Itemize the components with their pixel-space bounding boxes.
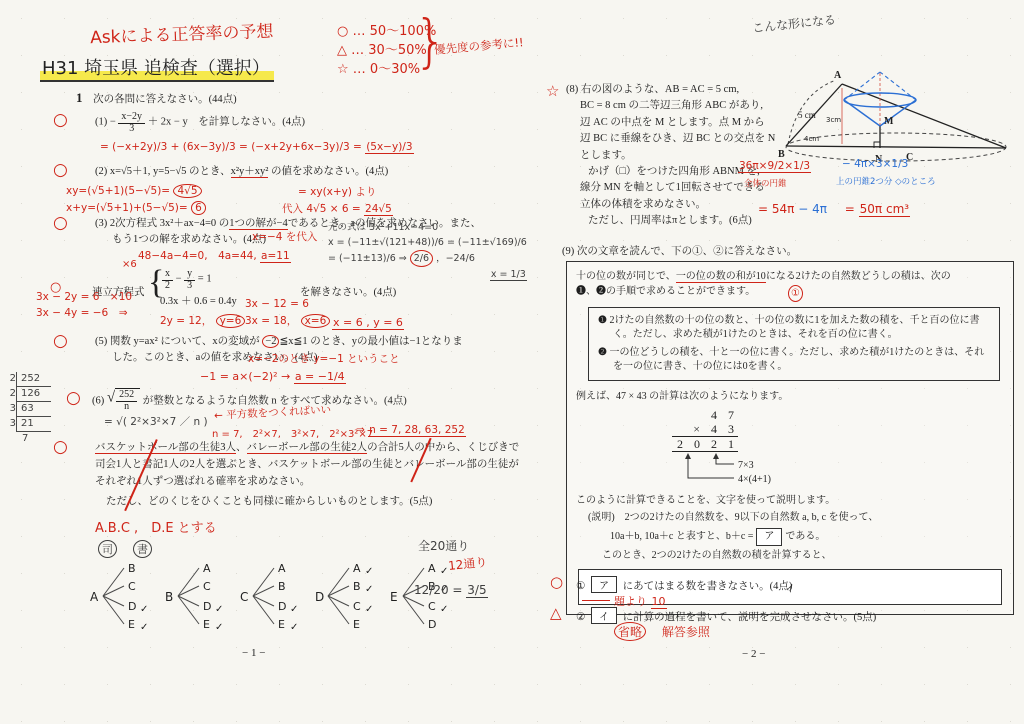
p8-result-minus4pi: − 4π xyxy=(798,202,827,216)
check-mark: ✓ xyxy=(215,604,223,615)
p3-side-line3a: = (−11±13)/6 ⇒ xyxy=(328,253,407,264)
tree-child: C xyxy=(428,600,436,613)
p2-work3: 代入 4√5 × 6 = 24√5 xyxy=(282,201,393,216)
p5-text-a: 関数 y=ax² について、xの変域が xyxy=(110,336,262,347)
cone-side-blue xyxy=(844,100,880,126)
tree-root: D xyxy=(315,590,324,604)
label-3cm-red: 3cm xyxy=(826,116,841,124)
grade-mark-p7: ○ xyxy=(53,437,68,457)
legend-symbol: ☆ xyxy=(337,62,349,77)
tree-child: B xyxy=(278,580,286,593)
tree-child: B xyxy=(128,562,136,575)
check-mark: ✓ xyxy=(140,604,148,615)
p6-division-ladder: 2252 2126 363 321 7 xyxy=(6,372,51,445)
tree-child: D xyxy=(203,600,211,613)
step2-text: 一の位どうしの積を、十と一の位に書く。ただし、求めた積が1けたのときは、それを一… xyxy=(609,347,984,372)
p5-text-c: ≦x≦1 のとき、yの最小値は−1となりま xyxy=(279,336,462,347)
p4-minus: − xyxy=(176,274,182,285)
p8-calc-term2: − 4π×3×1/3 xyxy=(842,158,908,170)
scanned-test-sheet: Askによる正答率の予想 ○ … 50〜100% △ … 30〜50% ☆ … … xyxy=(0,0,1024,724)
problem-1: (1) − x−2y3 ＋ 2x − y を計算しなさい。(4点) xyxy=(95,112,305,134)
check-mark: ✓ xyxy=(290,622,298,632)
p4-frac2: y3 xyxy=(184,269,195,291)
p4-work-mid3: 3x = 18， x=6 xyxy=(245,313,330,328)
check-mark: ✓ xyxy=(365,584,373,595)
mult-line1: 4 7 xyxy=(672,408,738,422)
problem-7-line2: 司会1人と書記1人の2人を選ぶとき、バスケットボール部の生徒とバレーボール部の生… xyxy=(95,456,519,471)
p3-side-line3c: ，−24/6 xyxy=(436,253,475,264)
p4-work-mid3a: 3x = 18， xyxy=(245,315,297,327)
tree-root: E xyxy=(390,590,398,604)
p9-statement-box: 十の位の数が同じで、一の位の数の和が10になる2けたの自然数どうしの積は、次の … xyxy=(566,261,1014,615)
p2-work1-steps: xy=(√5+1)(5−√5)= xyxy=(66,185,170,197)
page2-number: − 2 − xyxy=(742,648,765,660)
tree-child: B xyxy=(353,580,361,593)
p3-side-work: 元の式は 3x²+11x−4=0 x = (−11±√(121+48))/6 =… xyxy=(328,220,527,282)
p5-answer: a = −1/4 xyxy=(294,370,346,384)
p4-work-left2: 3x − 4y = −6 ⇒ xyxy=(36,305,128,320)
grade-mark-q1: ○ xyxy=(550,573,563,591)
ladder-divisor: 2 xyxy=(6,372,16,385)
check-mark: ✓ xyxy=(440,566,448,577)
p5-circled-value: −2 xyxy=(262,335,279,348)
p4-answer-text: x = 6 , y = 6 xyxy=(332,316,404,330)
grade-mark-q2: △ xyxy=(550,604,562,622)
grade-mark-p2: ○ xyxy=(53,160,68,180)
p8-result-54pi: = 54π xyxy=(758,202,794,216)
legend-symbol: △ xyxy=(337,43,347,58)
tree-root: A xyxy=(90,590,99,604)
p4-tail: を解きなさい。(4点) xyxy=(300,284,396,299)
grade-mark-p1: ○ xyxy=(53,110,68,130)
left-page: Askによる正答率の予想 ○ … 50〜100% △ … 30〜50% ☆ … … xyxy=(0,0,512,724)
tree-child: D xyxy=(278,600,286,613)
label-A: A xyxy=(834,70,842,81)
p1-text: ＋ 2x − y を計算しなさい。(4点) xyxy=(148,117,305,128)
rotation-solid-figure: A B C N M 5 cm 3cm 4cm xyxy=(778,26,1020,176)
p4-frac2-num: y xyxy=(184,269,195,281)
p9-setsumei-line2a: 10a＋b, 10a＋c と表すと、b＋c = xyxy=(610,531,753,542)
mult-note-tens: 4×(4+1) xyxy=(738,474,771,485)
problem-5-line1: (5) 関数 y=ax² について、xの変域が −2≦x≦1 のとき、yの最小値… xyxy=(95,333,463,348)
p6-answer-text: n = 7, 28, 63, 252 xyxy=(368,424,466,437)
p2-work2: x+y=(√5+1)+(5−√5)= 6 xyxy=(66,201,206,215)
p8-line: 右の図のような、AB = AC = 5 cm, xyxy=(581,84,739,95)
p9-setsumei-line1: (説明) 2つの2けたの自然数を、9以下の自然数 a, b, c を使って、 xyxy=(576,511,1004,525)
grade-mark-p8: ☆ xyxy=(546,82,559,100)
page-title-text: H31 埼玉県 追検査（選択） xyxy=(40,58,274,82)
p4-y-answer-circled: y=6 xyxy=(216,314,246,328)
p2-work1: xy=(√5+1)(5−√5)= 4√5 xyxy=(66,184,202,198)
p7-comma: 、 xyxy=(236,442,247,453)
tree-root: B xyxy=(165,590,173,604)
q1-number: ① xyxy=(576,581,585,592)
tree-favorable-count: 12通り xyxy=(447,553,488,574)
check-mark: ✓ xyxy=(365,566,373,577)
p8-line: BC = 8 cm の二等辺三角形 ABC があり, xyxy=(580,98,796,114)
tree-child: A xyxy=(278,562,286,575)
check-mark: ✓ xyxy=(290,604,298,615)
q1-box-a: ア xyxy=(591,576,617,593)
page-title: H31 埼玉県 追検査（選択） xyxy=(40,54,274,80)
ladder-divisor: 3 xyxy=(6,402,16,415)
ladder-divisor: 3 xyxy=(6,417,16,430)
p1-frac-num: x−2y xyxy=(118,112,145,124)
tree-child: E xyxy=(203,618,210,631)
p7-text-basketball: バスケットボール部の生徒3人 xyxy=(95,442,236,454)
ladder-number: 21 xyxy=(16,417,51,432)
p6-rad-den: n xyxy=(116,402,137,413)
procedure-step-1: ❶ 2けたの自然数の十の位の数と、十の位の数に1を加えた数の積を、千と百の位に書… xyxy=(598,314,990,342)
p6-arrow: ⇒ xyxy=(356,424,365,436)
mult-result: 2 0 2 1 xyxy=(672,437,738,452)
grade-mark-p3: ○ xyxy=(53,213,68,233)
p2-text-a: x=√5＋1, y=5−√5 のとき、 xyxy=(110,166,231,177)
mult-arrows: 7×3 4×(4+1) xyxy=(672,452,852,490)
p3-side-circled: 2/6 xyxy=(410,250,433,267)
p1-label: (1) xyxy=(95,117,107,128)
step1-text: 2けたの自然数の十の位の数と、十の位の数に1を加えた数の積を、千と百の位に書く。… xyxy=(609,315,979,340)
p6-work1: = √( 2²×3²×7 ／ n ) xyxy=(104,414,208,429)
tree-probability-fraction: 12/20 = xyxy=(414,583,462,597)
ladder-divisor: 2 xyxy=(6,387,16,400)
p9-example-intro: 例えば、47 × 43 の計算は次のようになります。 xyxy=(576,390,1004,404)
q2-answer-note: 省略 解答参照 xyxy=(614,622,710,641)
tree-child: A xyxy=(428,562,436,575)
tree-child: D xyxy=(128,600,136,613)
mult-line2: × 4 3 xyxy=(672,422,738,437)
problem-7-line1: バスケットボール部の生徒3人、バレーボール部の生徒2人の合計5人の中から、くじび… xyxy=(95,439,519,454)
annotation-circle-1: ① xyxy=(788,285,803,302)
check-mark: ✓ xyxy=(440,604,448,615)
tree-child: A xyxy=(353,562,361,575)
blank-box-a: ア xyxy=(756,528,782,546)
q1-text: にあてはまる数を書きなさい。(4点) xyxy=(623,581,793,592)
tree-diagram-B: B A C D E ✓ ✓ xyxy=(165,556,235,632)
check-mark: ✓ xyxy=(140,622,148,632)
p4-frac1: x2 xyxy=(162,269,173,291)
p9-setsumei-line2: 10a＋b, 10a＋c と表すと、b＋c =アである。 xyxy=(576,528,1004,546)
p2-work2-steps: x+y=(√5+1)+(5−√5)= xyxy=(66,202,188,214)
p2-label: (2) xyxy=(95,166,107,177)
p7-text-rest: の合計5人の中から、くじびきで xyxy=(367,442,519,453)
check-mark: ✓ xyxy=(215,622,223,632)
p8-line: 辺 AC の中点を M とします。点 M から xyxy=(580,115,796,131)
p9-box-text: 十の位の数が同じで、 xyxy=(576,271,676,282)
tree-child: E xyxy=(353,618,360,631)
p8-calc-label1: 全体の円錐 xyxy=(744,177,787,189)
tree-child: D xyxy=(428,618,436,631)
p4-frac2-den: 3 xyxy=(184,281,195,292)
p3-answer-a: a=11 xyxy=(260,250,291,263)
q2-note-see-answer: 解答参照 xyxy=(662,625,710,639)
p1-minus: − xyxy=(110,117,116,128)
p5-work: −1 = a×(−2)² → a = −1/4 xyxy=(200,370,346,383)
p1-work: = (−x+2y)/3 + (6x−3y)/3 = (−x+2y+6x−3y)/… xyxy=(100,141,414,153)
p4-work-mid1a: 2y = 12， xyxy=(160,315,212,327)
tree-child: A xyxy=(203,562,211,575)
label-5cm: 5 cm xyxy=(798,110,816,120)
problem-2: (2) x=√5＋1, y=5−√5 のとき、x²y＋xy² の値を求めなさい。… xyxy=(95,163,388,178)
p4-work-mid2: 3x − 12 = 6 xyxy=(245,298,309,310)
p6-rad-num: 252 xyxy=(116,390,137,402)
p8-calc-result: = 54π − 4π = 50π cm³ xyxy=(758,202,910,216)
p2-work1-circled: 4√5 xyxy=(173,184,201,198)
problem-7-line4: ただし、どのくじをひくことも同様に確からしいものとします。(5点) xyxy=(106,493,432,508)
problem-9-intro: (9) 次の文章を読んで、下の①、②に答えなさい。 xyxy=(562,243,797,258)
p9-intro-text: 次の文章を読んで、下の①、②に答えなさい。 xyxy=(577,246,797,257)
problem-7-line3: それぞれ1人ずつ選ばれる確率を求めなさい。 xyxy=(95,473,310,488)
p8-calc-term1: 36π×9/2×1/3 xyxy=(738,160,811,172)
tree-diagram-A: A B C D E ✓ ✓ xyxy=(90,556,160,632)
legend-range: … 0〜30% xyxy=(353,62,420,77)
label-M: M xyxy=(884,116,894,127)
tree-child: C xyxy=(203,580,211,593)
procedure-step-2: ❷ 一の位どうしの積を、十と一の位に書く。ただし、求めた積が1けたのときは、それ… xyxy=(598,346,990,374)
tree-child: C xyxy=(353,600,361,613)
p3-side-line1: 元の式は 3x²+11x−4=0 xyxy=(328,220,527,235)
p9-setsumei-line2b: である。 xyxy=(785,531,825,542)
grade-mark-p5: ○ xyxy=(53,331,68,351)
p9-explain-intro: このように計算できることを、文字を使って説明します。 xyxy=(576,494,1004,508)
step2-marker: ❷ xyxy=(598,347,607,358)
p3-work: 48−4a−4=0, 4a=44, a=11 xyxy=(138,248,291,263)
mult-note-ones: 7×3 xyxy=(738,460,754,471)
right-page: こんな形になる A B C N M 5 cm 3cm 4cm ☆ xyxy=(530,0,1024,724)
p3-text-a: 2次方程式 3x²＋ax−4=0 の xyxy=(110,218,229,229)
p4-eq1-tail: = 1 xyxy=(198,274,212,285)
tree-child: C xyxy=(128,580,136,593)
p9-setsumei-line3: このとき、2つの2けたの自然数の積を計算すると、 xyxy=(576,549,1004,563)
ladder-number: 63 xyxy=(16,402,51,417)
p9-label: (9) xyxy=(562,246,574,257)
ladder-result: 7 xyxy=(22,432,28,445)
p3-side-line3: = (−11±13)/6 ⇒ 2/6 ，−24/6 xyxy=(328,250,527,267)
p4-equation-2: 0.3x ＋ 0.6 = 0.4y xyxy=(160,293,237,308)
p2-text-underlined: x²y＋xy² xyxy=(231,166,269,178)
p1-frac-den: 3 xyxy=(118,124,145,135)
p4-frac1-num: x xyxy=(162,269,173,281)
p6-work2: n = 7, 2²×7, 3²×7, 2²×3²×7 xyxy=(212,425,373,440)
p4-x-answer-circled: x=6 xyxy=(301,314,331,328)
p9-procedure-box: ❶ 2けたの自然数の十の位の数と、十の位の数に1を加えた数の積を、千と百の位に書… xyxy=(588,307,1000,381)
section-header: 1 次の各問に答えなさい。(44点) xyxy=(76,90,237,106)
base-line xyxy=(786,146,1006,148)
q2-note-omitted: 省略 xyxy=(614,622,646,641)
multiplication-example: 4 7 × 4 3 2 0 2 1 xyxy=(672,408,738,452)
p3-note: x=−4 を代入 xyxy=(252,229,317,244)
q2-number: ② xyxy=(576,612,585,623)
p2-work2-circled: 6 xyxy=(191,201,206,215)
p8-calc-label2: 上の円錐2つ分 ◇のところ xyxy=(836,175,936,187)
check-mark: ✓ xyxy=(365,604,373,615)
section-text: 次の各問に答えなさい。(44点) xyxy=(93,94,237,105)
tree-root: C xyxy=(240,590,248,604)
section-number: 1 xyxy=(76,90,83,105)
p6-label: (6) xyxy=(92,396,104,407)
p6-answer: ⇒ n = 7, 28, 63, 252 xyxy=(356,424,466,436)
p8-line: 辺 BC に垂線をひき、辺 BC との交点を N xyxy=(580,131,796,147)
p9-box-underlined: 一の位の数の和が10 xyxy=(676,271,766,283)
p8-calc-term1-text: 36π×9/2×1/3 xyxy=(738,160,811,173)
p5-label: (5) xyxy=(95,336,107,347)
p5-work-steps: −1 = a×(−2)² → xyxy=(200,370,290,383)
grade-mark-p6: ○ xyxy=(66,388,81,408)
p1-answer: (5x−y)/3 xyxy=(365,141,413,154)
step1-marker: ❶ xyxy=(598,315,607,326)
tree-total-count: 全20通り xyxy=(418,537,469,554)
p2-work3-steps: 代入 4√5 × 6 = xyxy=(282,203,361,215)
p6-radicand: 252n xyxy=(115,388,140,412)
p2-text-c: の値を求めなさい。(4点) xyxy=(268,166,388,177)
tree-child: E xyxy=(128,618,135,631)
question-1: ① ア にあてはまる数を書きなさい。(4点) xyxy=(576,576,792,593)
p4-frac1-den: 2 xyxy=(162,281,173,292)
label-4cm-red: 4cm xyxy=(804,135,819,143)
tree-diagram-D: D A B C E ✓ ✓ ✓ xyxy=(315,556,385,632)
tree-diagram-C: C A B D E ✓ ✓ xyxy=(240,556,310,632)
p4-answer: x = 6 , y = 6 xyxy=(332,316,404,329)
p8-equals: = xyxy=(845,202,855,216)
ladder-number: 252 xyxy=(16,372,51,387)
p9-box-text: になる2けたの自然数どうしの積は、次の xyxy=(766,271,951,282)
p1-fraction: x−2y3 xyxy=(118,112,145,134)
prediction-title: Askによる正答率の予想 xyxy=(90,17,274,48)
tree-child: E xyxy=(278,618,285,631)
p8-label: (8) xyxy=(566,84,578,95)
p5-note: x=−2のとき y=−1 ということ xyxy=(248,351,400,366)
legend-symbol: ○ xyxy=(337,24,348,39)
p4-times6-note: ×6 xyxy=(122,259,137,270)
p6-radical: √ xyxy=(107,390,115,406)
p4-work-left1: 3x − 2y = 6 ×10 xyxy=(36,289,132,304)
page1-number: − 1 − xyxy=(242,647,265,659)
ladder-number: 126 xyxy=(16,387,51,402)
tree-probability: 12/20 = 3/5 xyxy=(414,583,488,597)
p7-note: A.B.C , D.E とする xyxy=(95,517,217,536)
p3-second-root-answer: x = 1/3 xyxy=(490,269,527,281)
p8-answer: 50π cm³ xyxy=(859,202,910,217)
p1-work-steps: = (−x+2y)/3 + (6x−3y)/3 = (−x+2y+6x−3y)/… xyxy=(100,141,362,153)
p2-note: = xy(x+y) より xyxy=(298,184,376,199)
tree-probability-answer: 3/5 xyxy=(466,583,487,598)
p7-text-volleyball: バレーボール部の生徒2人 xyxy=(247,442,368,454)
problem-3-line2: もう1つの解を求めなさい。(4点) xyxy=(112,231,266,246)
p3-label: (3) xyxy=(95,218,107,229)
p4-work-mid1: 2y = 12， y=6 xyxy=(160,313,245,328)
p4-equation-1: x2 − y3 = 1 xyxy=(162,269,212,291)
p3-side-line2: x = (−11±√(121+48))/6 = (−11±√169)/6 xyxy=(328,235,527,250)
p3-work-steps: 48−4a−4=0, 4a=44, xyxy=(138,250,257,262)
